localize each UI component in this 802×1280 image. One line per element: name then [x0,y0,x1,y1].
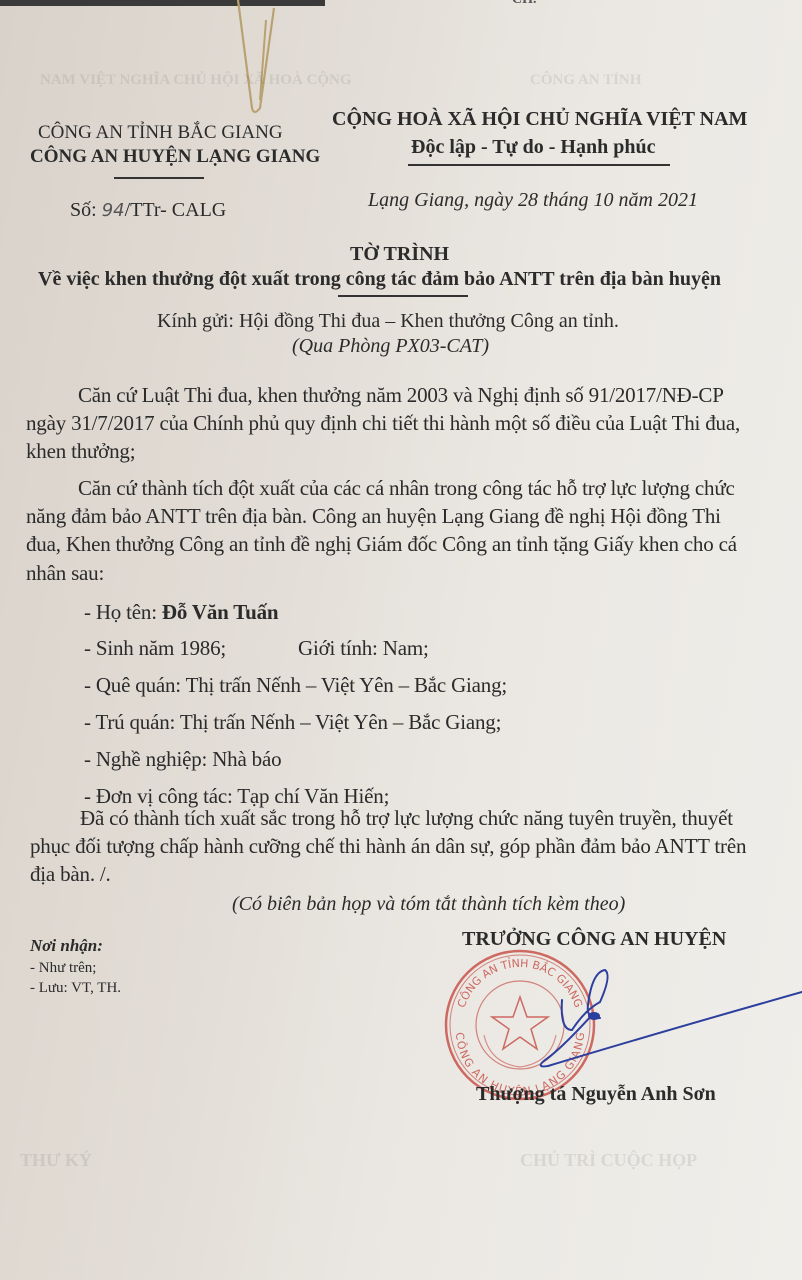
para1-line1: Căn cứ Luật Thi đua, khen thưởng năm 200… [78,381,724,410]
motto-underline [408,164,670,166]
recipient-item: - Lưu: VT, TH. [30,980,121,997]
doc-subject: Về việc khen thưởng đột xuất trong công … [38,268,721,291]
doc-number-prefix: Số: [70,199,97,221]
para2-line1: Căn cứ thành tích đột xuất của các cá nh… [78,474,735,503]
person-occupation: - Nghề nghiệp: Nhà báo [84,745,281,774]
person-birth: - Sinh năm 1986; [84,634,226,663]
recipient-via: (Qua Phòng PX03-CAT) [292,335,489,358]
signer-title: TRƯỞNG CÔNG AN HUYỆN [462,928,726,951]
org-parent: CÔNG AN TỈNH BẮC GIANG [38,122,283,144]
para2-line4: nhân sau: [26,559,104,588]
para1-line3: khen thưởng; [26,437,135,466]
person-name-row: - Họ tên: Đỗ Văn Tuấn [84,598,278,627]
para2-line3: đua, Khen thưởng Công an tỉnh đề nghị Gi… [26,530,737,559]
person-name-label: - Họ tên: [84,600,157,624]
org-unit: CÔNG AN HUYỆN LẠNG GIANG [30,146,320,168]
org-underline [114,177,204,179]
para3-line3: địa bàn. /. [30,860,111,889]
para3-line2: phục đối tượng chấp hành cưỡng chế thi h… [30,832,746,861]
motto: Độc lập - Tự do - Hạnh phúc [411,136,655,159]
doc-type: TỜ TRÌNH [350,243,449,266]
paper-clip-icon [230,0,290,120]
place-date: Lạng Giang, ngày 28 tháng 10 năm 2021 [368,189,698,212]
person-residence: - Trú quán: Thị trấn Nếnh – Việt Yên – B… [84,708,501,737]
person-hometown: - Quê quán: Thị trấn Nếnh – Việt Yên – B… [84,671,507,700]
doc-number-suffix: /TTr- CALG [125,199,227,221]
person-gender: Giới tính: Nam; [298,634,429,663]
para1-line2: ngày 31/7/2017 của Chính phủ quy định ch… [26,409,740,438]
para3-line1: Đã có thành tích xuất sắc trong hỗ trợ l… [80,804,733,833]
star-icon [492,997,548,1049]
recipients-title: Nơi nhận: [30,936,103,956]
top-right-fragment: CH. [512,0,537,8]
official-stamp: CÔNG AN TỈNH BẮC GIANG CÔNG AN HUYỆN LẠN… [440,945,600,1105]
recipient-item: - Như trên; [30,960,96,977]
recipient-line: Kính gửi: Hội đồng Thi đua – Khen thưởng… [157,310,619,333]
attachment-note: (Có biên bản họp và tóm tắt thành tích k… [232,893,625,916]
doc-number-handwritten: 94 [102,200,125,221]
signer-name: Thượng tá Nguyễn Anh Sơn [476,1083,716,1106]
nation-title: CỘNG HOÀ XÃ HỘI CHỦ NGHĨA VIỆT NAM [332,108,747,131]
para2-line2: năng đảm bảo ANTT trên địa bàn. Công an … [26,502,721,531]
doc-number: Số: 94/TTr- CALG [70,199,226,222]
subject-underline [338,295,468,297]
person-name: Đỗ Văn Tuấn [162,600,279,624]
svg-text:CÔNG AN TỈNH BẮC GIANG: CÔNG AN TỈNH BẮC GIANG [455,957,585,1010]
